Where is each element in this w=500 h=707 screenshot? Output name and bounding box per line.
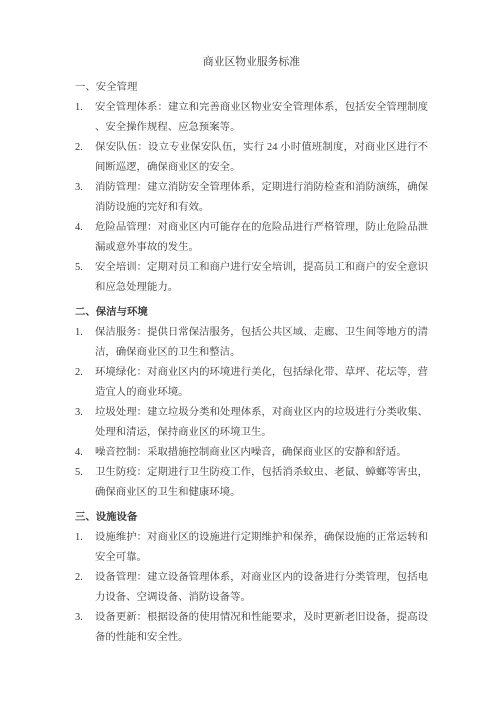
list-item: 1.设施维护：对商业区的设施进行定期维护和保养，确保设施的正常运转和安全可靠。 [75, 528, 428, 568]
section: 二、保洁与环境1.保洁服务：提供日常保洁服务，包括公共区域、走廊、卫生间等地方的… [75, 303, 428, 503]
list-item-number: 2. [75, 138, 95, 158]
list-item-number: 1. [75, 98, 95, 118]
list-item: 1.保洁服务：提供日常保洁服务，包括公共区域、走廊、卫生间等地方的清洁，确保商业… [75, 323, 428, 363]
section: 一、安全管理1.安全管理体系：建立和完善商业区物业安全管理体系，包括安全管理制度… [75, 78, 428, 298]
list-item-number: 1. [75, 323, 95, 343]
list-item-text: 安全培训：定期对员工和商户进行安全培训，提高员工和商户的安全意识和应急处理能力。 [95, 262, 428, 293]
list-item-number: 2. [75, 568, 95, 588]
list-item-text: 安全管理体系：建立和完善商业区物业安全管理体系，包括安全管理制度、安全操作规程、… [95, 102, 428, 133]
list-item-text: 保洁服务：提供日常保洁服务，包括公共区域、走廊、卫生间等地方的清洁，确保商业区的… [95, 327, 428, 358]
list-item-text: 设备更新：根据设备的使用情况和性能要求，及时更新老旧设备，提高设备的性能和安全性… [95, 612, 428, 643]
list-item: 4.危险品管理：对商业区内可能存在的危险品进行严格管理，防止危险品泄漏或意外事故… [75, 218, 428, 258]
list-item: 1.安全管理体系：建立和完善商业区物业安全管理体系，包括安全管理制度、安全操作规… [75, 98, 428, 138]
list-item-number: 3. [75, 608, 95, 628]
document-body: 一、安全管理1.安全管理体系：建立和完善商业区物业安全管理体系，包括安全管理制度… [75, 78, 428, 648]
list-item: 3.垃圾处理：建立垃圾分类和处理体系，对商业区内的垃圾进行分类收集、处理和清运，… [75, 403, 428, 443]
list-item: 5.卫生防疫：定期进行卫生防疫工作，包括消杀蚊虫、老鼠、蟑螂等害虫，确保商业区的… [75, 463, 428, 503]
list-item-text: 危险品管理：对商业区内可能存在的危险品进行严格管理，防止危险品泄漏或意外事故的发… [95, 222, 428, 253]
list-item: 2.环境绿化：对商业区内的环境进行美化，包括绿化带、草坪、花坛等，营造宜人的商业… [75, 363, 428, 403]
list-item-text: 设备管理：建立设备管理体系，对商业区内的设备进行分类管理，包括电力设备、空调设备… [95, 572, 428, 603]
section-heading: 三、设施设备 [75, 508, 428, 528]
list-item: 3.设备更新：根据设备的使用情况和性能要求，及时更新老旧设备，提高设备的性能和安… [75, 608, 428, 648]
section-heading: 二、保洁与环境 [75, 303, 428, 323]
section: 三、设施设备1.设施维护：对商业区的设施进行定期维护和保养，确保设施的正常运转和… [75, 508, 428, 648]
list-item-number: 4. [75, 218, 95, 238]
document-title: 商业区物业服务标准 [75, 52, 428, 72]
list-item-text: 消防管理：建立消防安全管理体系，定期进行消防检查和消防演练，确保消防设施的完好和… [95, 182, 428, 213]
list-item: 5.安全培训：定期对员工和商户进行安全培训，提高员工和商户的安全意识和应急处理能… [75, 258, 428, 298]
list-item-text: 环境绿化：对商业区内的环境进行美化，包括绿化带、草坪、花坛等，营造宜人的商业环境… [95, 367, 428, 398]
document-content: 商业区物业服务标准 一、安全管理1.安全管理体系：建立和完善商业区物业安全管理体… [0, 52, 500, 648]
list-item-number: 4. [75, 443, 95, 463]
list-item-text: 垃圾处理：建立垃圾分类和处理体系，对商业区内的垃圾进行分类收集、处理和清运，保持… [95, 407, 428, 438]
list-item-number: 3. [75, 178, 95, 198]
list-item-text: 卫生防疫：定期进行卫生防疫工作，包括消杀蚊虫、老鼠、蟑螂等害虫，确保商业区的卫生… [95, 467, 428, 498]
list-item-text: 保安队伍：设立专业保安队伍，实行 24 小时值班制度，对商业区进行不间断巡逻，确… [95, 142, 428, 173]
section-heading: 一、安全管理 [75, 78, 428, 98]
list-item-number: 5. [75, 463, 95, 483]
list-item-text: 设施维护：对商业区的设施进行定期维护和保养，确保设施的正常运转和安全可靠。 [95, 532, 428, 563]
list-item-number: 1. [75, 528, 95, 548]
list-item-number: 3. [75, 403, 95, 423]
list-item: 3.消防管理：建立消防安全管理体系，定期进行消防检查和消防演练，确保消防设施的完… [75, 178, 428, 218]
document-page: 商业区物业服务标准 一、安全管理1.安全管理体系：建立和完善商业区物业安全管理体… [0, 0, 500, 707]
list-item-number: 2. [75, 363, 95, 383]
list-item: 4.噪音控制：采取措施控制商业区内噪音，确保商业区的安静和舒适。 [75, 443, 428, 463]
list-item: 2.设备管理：建立设备管理体系，对商业区内的设备进行分类管理，包括电力设备、空调… [75, 568, 428, 608]
list-item: 2.保安队伍：设立专业保安队伍，实行 24 小时值班制度，对商业区进行不间断巡逻… [75, 138, 428, 178]
list-item-number: 5. [75, 258, 95, 278]
list-item-text: 噪音控制：采取措施控制商业区内噪音，确保商业区的安静和舒适。 [95, 447, 407, 458]
